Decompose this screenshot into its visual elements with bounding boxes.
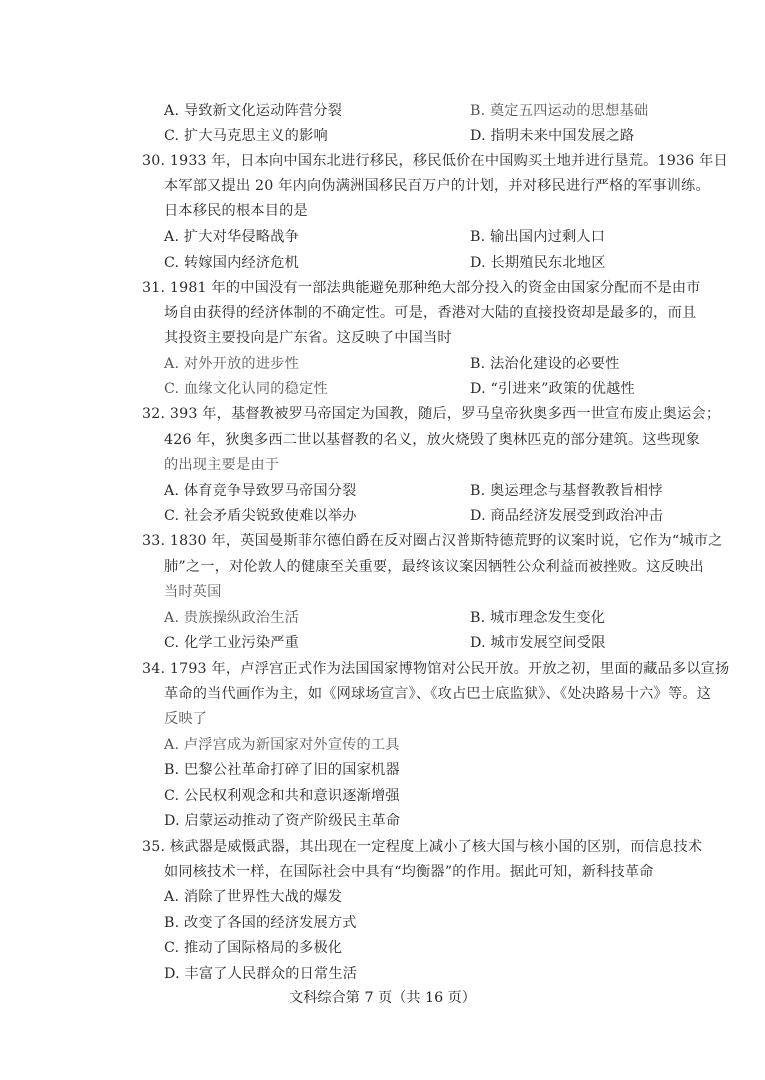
option-30-a: A. 扩大对华侵略战争 <box>164 227 299 247</box>
option-32-c: C. 社会矛盾尖锐致使难以举办 <box>164 506 357 526</box>
question-31-stem-line-2: 场自由获得的经济体制的不确定性。可是，香港对大陆的直接投资却是最多的，而且 <box>164 303 696 323</box>
question-30-stem-line-1: 30. 1933 年，日本向中国东北进行移民，移民低价在中国购买土地并进行垦荒。… <box>142 151 728 171</box>
option-33-d: D. 城市发展空间受限 <box>470 633 606 653</box>
question-34-stem-line-1: 34. 1793 年，卢浮宫正式作为法国国家博物馆对公民开放。开放之初，里面的藏… <box>142 659 729 679</box>
option-29-a: A. 导致新文化运动阵营分裂 <box>164 101 342 121</box>
page-footer: 文科综合第 7 页（共 16 页） <box>0 988 765 1008</box>
option-35-c: C. 推动了国际格局的多极化 <box>164 938 342 958</box>
option-34-b: B. 巴黎公社革命打碎了旧的国家机器 <box>164 760 400 780</box>
question-33-stem-line-2: 肺”之一，对伦敦人的健康至关重要，最终该议案因牺牲公众利益而被挫败。这反映出 <box>164 557 704 577</box>
question-32-stem-line-1: 32. 393 年，基督教被罗马帝国定为国教，随后，罗马皇帝狄奥多西一世宣布废止… <box>142 404 720 424</box>
question-35-stem-line-1: 35. 核武器是威慑武器，其出现在一定程度上减小了核大国与核小国的区别，而信息技… <box>142 837 702 857</box>
question-33-stem-line-3: 当时英国 <box>164 582 222 602</box>
question-31-stem-line-3: 其投资主要投向是广东省。这反映了中国当时 <box>164 328 452 348</box>
question-31-stem-line-1: 31. 1981 年的中国没有一部法典能避免那种绝大部分投入的资金由国家分配而不… <box>142 278 701 298</box>
exam-page: A. 导致新文化运动阵营分裂 B. 奠定五四运动的思想基础 C. 扩大马克思主义… <box>0 0 765 1080</box>
option-35-b: B. 改变了各国的经济发展方式 <box>164 913 357 933</box>
question-32-stem-line-2: 426 年，狄奥多西二世以基督教的名义，放火烧毁了奥林匹克的部分建筑。这些现象 <box>164 430 700 450</box>
question-34-stem-line-2: 革命的当代画作为主，如《网球场宣言》、《攻占巴士底监狱》、《处决路易十六》等。这 <box>164 684 711 704</box>
question-30-stem-line-2: 本军部又提出 20 年内向伪满洲国移民百万户的计划，并对移民进行严格的军事训练。 <box>164 176 710 196</box>
option-30-d: D. 长期殖民东北地区 <box>470 253 606 273</box>
option-32-b: B. 奥运理念与基督教教旨相悖 <box>470 481 663 501</box>
option-34-a: A. 卢浮宫成为新国家对外宣传的工具 <box>164 735 400 755</box>
option-34-c: C. 公民权利观念和共和意识逐渐增强 <box>164 786 400 806</box>
option-31-d: D. “引进来”政策的优越性 <box>470 379 635 399</box>
option-29-b: B. 奠定五四运动的思想基础 <box>470 101 648 121</box>
option-33-b: B. 城市理念发生变化 <box>470 608 605 628</box>
option-32-a: A. 体育竞争导致罗马帝国分裂 <box>164 481 357 501</box>
option-32-d: D. 商品经济发展受到政治冲击 <box>470 506 663 526</box>
option-30-b: B. 输出国内过剩人口 <box>470 227 605 247</box>
option-31-c: C. 血缘文化认同的稳定性 <box>164 379 328 399</box>
option-35-a: A. 消除了世界性大战的爆发 <box>164 887 342 907</box>
option-31-b: B. 法治化建设的必要性 <box>470 354 620 374</box>
option-30-c: C. 转嫁国内经济危机 <box>164 253 299 273</box>
question-33-stem-line-1: 33. 1830 年，英国曼斯菲尔德伯爵在反对圈占汉普斯特德荒野的议案时说，它作… <box>142 531 723 551</box>
option-29-d: D. 指明未来中国发展之路 <box>470 126 634 146</box>
question-32-stem-line-3: 的出现主要是由于 <box>164 455 279 475</box>
option-29-c: C. 扩大马克思主义的影响 <box>164 126 328 146</box>
option-34-d: D. 启蒙运动推动了资产阶级民主革命 <box>164 811 400 831</box>
question-34-stem-line-3: 反映了 <box>164 709 207 729</box>
question-35-stem-line-2: 如同核技术一样，在国际社会中具有“均衡器”的作用。据此可知，新科技革命 <box>164 862 654 882</box>
option-33-a: A. 贵族操纵政治生活 <box>164 608 299 628</box>
question-30-stem-line-3: 日本移民的根本目的是 <box>164 201 308 221</box>
option-35-d: D. 丰富了人民群众的日常生活 <box>164 964 357 984</box>
option-31-a: A. 对外开放的进步性 <box>164 354 299 374</box>
option-33-c: C. 化学工业污染严重 <box>164 633 299 653</box>
